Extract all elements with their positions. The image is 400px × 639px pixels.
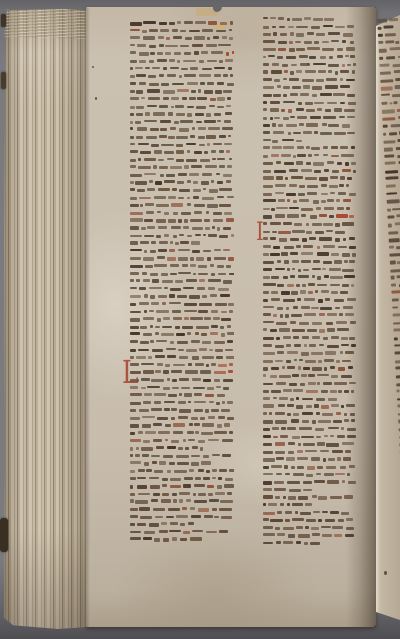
- word-stroke: [306, 231, 312, 234]
- word-stroke: [303, 85, 311, 88]
- word-stroke: [179, 492, 191, 495]
- word-stroke: [143, 401, 151, 405]
- word-stroke: [218, 477, 222, 480]
- word-stroke: [216, 356, 223, 358]
- word-stroke: [297, 450, 303, 453]
- word-stroke: [306, 519, 316, 522]
- word-stroke: [143, 370, 153, 373]
- word-stroke: [213, 212, 222, 215]
- script-line: [263, 268, 356, 276]
- word-stroke: [302, 420, 309, 422]
- word-stroke: [177, 295, 187, 297]
- word-stroke: [141, 227, 146, 230]
- word-stroke: [195, 113, 204, 116]
- word-stroke: [302, 79, 314, 83]
- word-stroke: [202, 295, 207, 298]
- word-stroke: [263, 367, 268, 370]
- word-stroke: [263, 268, 272, 271]
- script-line: [130, 393, 234, 401]
- word-stroke: [276, 382, 286, 385]
- word-stroke: [146, 211, 154, 214]
- word-stroke: [144, 158, 156, 161]
- script-line: [130, 143, 234, 151]
- word-stroke: [165, 424, 171, 427]
- word-stroke: [263, 108, 267, 111]
- word-stroke: [174, 121, 179, 125]
- word-stroke: [192, 127, 195, 130]
- word-stroke: [173, 235, 177, 238]
- word-stroke: [324, 207, 335, 210]
- word-stroke: [175, 280, 184, 282]
- word-stroke: [320, 132, 332, 135]
- script-line: [130, 158, 234, 166]
- word-stroke: [263, 63, 269, 67]
- word-stroke: [209, 499, 218, 502]
- word-stroke: [168, 196, 176, 199]
- script-line: [130, 515, 234, 523]
- word-stroke: [346, 404, 355, 407]
- script-line: [130, 180, 234, 188]
- word-stroke: [184, 303, 197, 307]
- word-stroke: [323, 154, 329, 157]
- script-line: [130, 44, 234, 52]
- word-stroke: [130, 97, 139, 101]
- word-stroke: [324, 359, 334, 362]
- word-stroke: [207, 204, 218, 207]
- word-stroke: [205, 227, 210, 230]
- word-stroke: [130, 165, 136, 168]
- word-stroke: [130, 349, 136, 353]
- script-line: [130, 67, 234, 75]
- word-stroke: [320, 56, 327, 59]
- word-stroke: [205, 409, 210, 412]
- word-stroke: [147, 386, 160, 389]
- word-stroke: [208, 493, 213, 496]
- word-stroke: [330, 366, 335, 369]
- word-stroke: [290, 238, 299, 241]
- word-stroke: [192, 44, 203, 47]
- word-stroke: [170, 127, 176, 130]
- script-line: [130, 492, 234, 500]
- word-stroke: [338, 519, 344, 522]
- word-stroke: [319, 344, 325, 347]
- word-stroke: [178, 173, 187, 177]
- word-stroke: [328, 64, 339, 67]
- script-line: [263, 25, 356, 33]
- word-stroke: [186, 143, 196, 146]
- script-line: [263, 116, 356, 124]
- word-stroke: [330, 390, 336, 393]
- word-stroke: [194, 484, 205, 487]
- word-stroke: [352, 253, 356, 257]
- word-stroke: [283, 527, 294, 530]
- word-stroke: [219, 135, 226, 138]
- word-stroke: [223, 280, 233, 283]
- word-stroke: [219, 235, 227, 238]
- word-stroke: [325, 519, 334, 522]
- word-stroke: [263, 420, 273, 423]
- word-stroke: [191, 90, 196, 93]
- script-line: [130, 188, 234, 196]
- word-stroke: [331, 404, 339, 407]
- word-stroke: [163, 387, 170, 390]
- word-stroke: [293, 413, 299, 416]
- word-stroke: [305, 177, 317, 180]
- script-line: [130, 74, 234, 82]
- word-stroke: [189, 295, 200, 298]
- word-stroke: [214, 341, 225, 344]
- script-line: [130, 469, 234, 477]
- word-stroke: [307, 32, 314, 35]
- word-stroke: [385, 40, 394, 44]
- script-line: [263, 85, 356, 93]
- word-stroke: [199, 348, 207, 351]
- word-stroke: [130, 257, 141, 260]
- word-stroke: [301, 374, 307, 377]
- word-stroke: [210, 332, 218, 334]
- word-stroke: [340, 70, 349, 72]
- script-line: [263, 275, 356, 283]
- word-stroke: [276, 176, 283, 180]
- word-stroke: [159, 135, 167, 138]
- word-stroke: [353, 170, 356, 173]
- word-stroke: [183, 531, 190, 534]
- word-stroke: [334, 108, 342, 112]
- script-line: [130, 348, 234, 356]
- word-stroke: [342, 442, 354, 445]
- word-stroke: [386, 56, 395, 59]
- word-stroke: [211, 180, 215, 183]
- word-stroke: [336, 214, 348, 217]
- word-stroke: [383, 140, 395, 144]
- word-stroke: [308, 283, 315, 286]
- word-stroke: [343, 33, 354, 36]
- word-stroke: [270, 101, 280, 104]
- word-stroke: [207, 82, 215, 85]
- word-stroke: [396, 147, 400, 150]
- word-stroke: [335, 223, 340, 227]
- word-stroke: [178, 257, 188, 261]
- word-stroke: [301, 436, 313, 439]
- word-stroke: [271, 298, 281, 301]
- word-stroke: [327, 161, 334, 164]
- word-stroke: [226, 52, 230, 55]
- script-line: [263, 146, 356, 154]
- word-stroke: [302, 398, 313, 401]
- word-stroke: [303, 131, 312, 134]
- word-stroke: [391, 124, 400, 128]
- word-stroke: [290, 321, 297, 324]
- word-stroke: [341, 154, 354, 157]
- word-stroke: [192, 530, 203, 533]
- word-stroke: [345, 534, 354, 537]
- word-stroke: [201, 51, 208, 54]
- word-stroke: [206, 531, 218, 533]
- word-stroke: [154, 538, 160, 541]
- script-line: [263, 131, 356, 139]
- word-stroke: [317, 374, 329, 377]
- word-stroke: [273, 131, 285, 134]
- word-stroke: [147, 226, 155, 229]
- word-stroke: [386, 184, 396, 188]
- script-line: [130, 241, 234, 249]
- word-stroke: [263, 170, 271, 173]
- word-stroke: [263, 70, 268, 74]
- script-line: [263, 176, 356, 184]
- word-stroke: [283, 541, 294, 544]
- word-stroke: [318, 70, 327, 73]
- word-stroke: [130, 150, 138, 153]
- word-stroke: [306, 123, 318, 126]
- script-line: [130, 203, 234, 211]
- word-stroke: [161, 333, 174, 336]
- word-stroke: [223, 249, 231, 252]
- word-stroke: [130, 106, 135, 109]
- word-stroke: [191, 241, 200, 244]
- word-stroke: [317, 442, 325, 445]
- script-line: [263, 488, 356, 496]
- word-stroke: [191, 462, 199, 466]
- word-stroke: [336, 321, 346, 324]
- word-stroke: [194, 204, 205, 206]
- word-stroke: [226, 218, 234, 221]
- word-stroke: [279, 375, 291, 378]
- word-stroke: [158, 36, 164, 39]
- word-stroke: [312, 268, 321, 271]
- word-stroke: [296, 140, 302, 143]
- word-stroke: [302, 238, 307, 241]
- word-stroke: [192, 378, 200, 381]
- word-stroke: [304, 313, 316, 316]
- word-stroke: [322, 123, 327, 126]
- word-stroke: [300, 93, 308, 96]
- word-stroke: [263, 222, 267, 225]
- word-stroke: [304, 17, 311, 20]
- script-line: [130, 279, 234, 287]
- word-stroke: [178, 401, 186, 404]
- word-stroke: [179, 393, 182, 396]
- word-stroke: [171, 370, 182, 373]
- script-line: [394, 343, 400, 352]
- word-stroke: [139, 82, 147, 85]
- word-stroke: [332, 450, 343, 453]
- word-stroke: [389, 253, 400, 257]
- word-stroke: [396, 41, 399, 44]
- word-stroke: [351, 284, 354, 287]
- word-stroke: [173, 423, 185, 426]
- script-line: [263, 465, 356, 473]
- word-stroke: [337, 328, 349, 330]
- word-stroke: [165, 364, 170, 367]
- word-stroke: [194, 393, 202, 396]
- word-stroke: [271, 291, 278, 294]
- script-line: [263, 344, 356, 352]
- word-stroke: [210, 264, 213, 267]
- word-stroke: [276, 322, 287, 326]
- word-stroke: [130, 424, 139, 427]
- word-stroke: [209, 105, 215, 108]
- word-stroke: [320, 307, 331, 310]
- word-stroke: [268, 55, 275, 57]
- word-stroke: [340, 291, 348, 294]
- word-stroke: [224, 484, 234, 487]
- word-stroke: [263, 404, 274, 407]
- word-stroke: [379, 57, 383, 60]
- word-stroke: [287, 268, 290, 271]
- word-stroke: [263, 495, 273, 498]
- word-stroke: [330, 511, 339, 514]
- word-stroke: [306, 109, 315, 112]
- word-stroke: [182, 326, 193, 330]
- word-stroke: [329, 215, 333, 218]
- word-stroke: [229, 431, 233, 434]
- word-stroke: [166, 174, 175, 177]
- word-stroke: [299, 55, 308, 58]
- word-stroke: [130, 393, 142, 396]
- word-stroke: [198, 136, 205, 139]
- word-stroke: [217, 181, 223, 184]
- word-stroke: [275, 412, 285, 415]
- word-stroke: [381, 101, 387, 105]
- word-stroke: [149, 83, 159, 86]
- script-line: [263, 230, 356, 238]
- word-stroke: [172, 188, 176, 191]
- word-stroke: [169, 22, 175, 25]
- word-stroke: [217, 158, 225, 161]
- word-stroke: [163, 370, 169, 374]
- word-stroke: [198, 508, 209, 512]
- word-stroke: [228, 303, 233, 306]
- word-stroke: [328, 32, 340, 35]
- word-stroke: [294, 223, 303, 226]
- word-stroke: [195, 21, 206, 24]
- word-stroke: [275, 214, 285, 217]
- word-stroke: [317, 284, 327, 287]
- script-line: [263, 389, 356, 397]
- word-stroke: [171, 106, 174, 109]
- word-stroke: [346, 79, 356, 82]
- word-stroke: [162, 478, 168, 481]
- word-stroke: [167, 158, 174, 161]
- word-stroke: [300, 512, 311, 515]
- word-stroke: [153, 165, 157, 169]
- word-stroke: [150, 485, 160, 489]
- word-stroke: [308, 291, 313, 294]
- word-stroke: [263, 40, 275, 44]
- word-stroke: [278, 48, 286, 51]
- word-stroke: [130, 143, 135, 146]
- word-stroke: [325, 85, 338, 89]
- word-stroke: [174, 52, 181, 55]
- script-line: [263, 480, 356, 488]
- word-stroke: [199, 303, 212, 306]
- word-stroke: [263, 313, 271, 316]
- word-stroke: [158, 431, 169, 434]
- word-stroke: [227, 83, 234, 86]
- word-stroke: [201, 333, 207, 336]
- word-stroke: [263, 443, 272, 446]
- word-stroke: [229, 273, 234, 276]
- word-stroke: [212, 226, 215, 229]
- script-line: [130, 401, 234, 409]
- word-stroke: [150, 295, 155, 298]
- script-line: [263, 192, 356, 200]
- word-stroke: [145, 265, 152, 268]
- word-stroke: [290, 116, 295, 119]
- word-stroke: [178, 219, 182, 222]
- book-page-edges: [4, 9, 94, 629]
- word-stroke: [307, 192, 318, 196]
- word-stroke: [144, 235, 154, 238]
- word-stroke: [183, 484, 192, 487]
- word-stroke: [389, 132, 397, 135]
- word-stroke: [388, 224, 392, 228]
- word-stroke: [335, 26, 345, 29]
- word-stroke: [309, 344, 316, 347]
- word-stroke: [299, 359, 303, 362]
- word-stroke: [306, 405, 313, 408]
- word-stroke: [148, 75, 156, 78]
- word-stroke: [326, 322, 334, 325]
- word-stroke: [331, 291, 338, 294]
- word-stroke: [130, 226, 139, 230]
- word-stroke: [345, 351, 354, 354]
- word-stroke: [296, 161, 303, 165]
- word-stroke: [297, 154, 306, 157]
- word-stroke: [218, 44, 231, 47]
- word-stroke: [291, 466, 295, 469]
- word-stroke: [192, 250, 200, 253]
- word-stroke: [226, 265, 231, 268]
- word-stroke: [263, 17, 268, 19]
- word-stroke: [342, 269, 353, 272]
- word-stroke: [314, 404, 318, 407]
- word-stroke: [276, 473, 282, 476]
- word-stroke: [344, 390, 349, 393]
- word-stroke: [393, 322, 400, 325]
- word-stroke: [193, 273, 196, 276]
- word-stroke: [278, 124, 284, 127]
- script-line: [130, 461, 234, 469]
- word-stroke: [335, 71, 338, 74]
- word-stroke: [202, 197, 214, 200]
- word-stroke: [130, 386, 138, 390]
- word-stroke: [186, 159, 197, 163]
- word-stroke: [159, 166, 168, 169]
- word-stroke: [346, 47, 355, 50]
- word-stroke: [130, 363, 139, 366]
- word-stroke: [300, 290, 306, 294]
- script-line: [263, 336, 356, 344]
- word-stroke: [325, 351, 336, 355]
- word-stroke: [159, 22, 167, 25]
- word-stroke: [153, 423, 163, 426]
- word-stroke: [143, 36, 155, 39]
- word-stroke: [389, 245, 394, 249]
- word-stroke: [334, 132, 346, 135]
- word-stroke: [143, 257, 154, 260]
- word-stroke: [202, 29, 214, 32]
- word-stroke: [338, 367, 345, 370]
- word-stroke: [287, 351, 298, 354]
- word-stroke: [227, 196, 234, 199]
- word-stroke: [291, 314, 302, 317]
- word-stroke: [144, 120, 157, 123]
- word-stroke: [199, 74, 211, 77]
- word-stroke: [276, 457, 284, 460]
- word-stroke: [219, 60, 223, 63]
- word-stroke: [199, 279, 204, 282]
